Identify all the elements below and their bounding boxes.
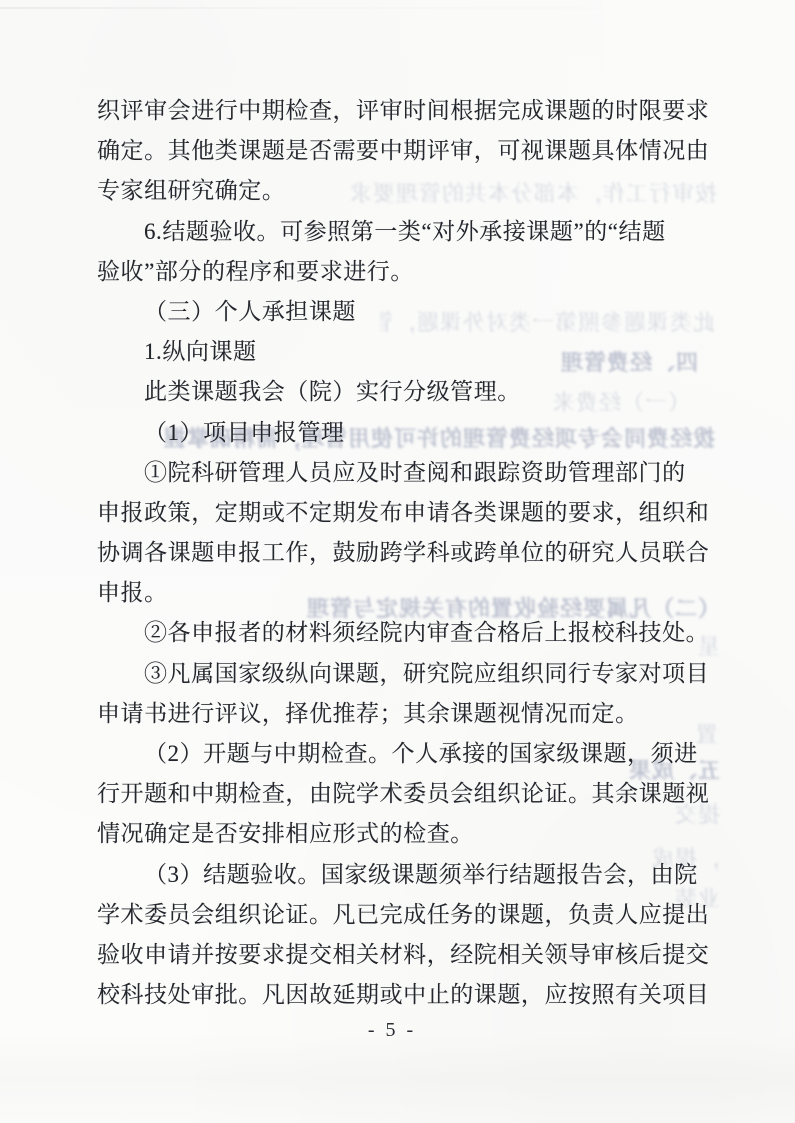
page-number: - 5 - [97,1018,687,1042]
text-line: （三）个人承担课题 [97,292,711,332]
text-line: 验收”部分的程序和要求进行。 [97,252,711,292]
text-line: 学术委员会组织论证。凡已完成任务的课题，负责人应提出 [97,895,711,935]
text-line: 协调各课题申报工作，鼓励跨学科或跨单位的研究人员联合 [97,533,711,573]
text-line: ③凡属国家级纵向课题，研究院应组织同行专家对项目 [97,654,711,694]
text-line: 确定。其他类课题是否需要中期评审，可视课题具体情况由 [97,131,711,171]
text-line: （2）开题与中期检查。个人承接的国家级课题，须进 [97,734,711,774]
text-line: 1.纵向课题 [97,332,711,372]
text-line: 校科技处审批。凡因故延期或中止的课题，应按照有关项目 [97,975,711,1015]
text-line: 情况确定是否安排相应形式的检查。 [97,814,711,854]
text-line: 6.结题验收。可参照第一类“对外承接课题”的“结题 [97,212,711,252]
text-line: 申报。 [97,573,711,613]
document-page: 按审行工作，本部分本共的管理要求此类课题参照第一类对外课题，管理四、经费管理（一… [0,0,795,1123]
text-line: 申报政策，定期或不定期发布申请各类课题的要求，组织和 [97,493,711,533]
text-line: （1）项目申报管理 [97,413,711,453]
text-line: 申请书进行评议，择优推荐；其余课题视情况而定。 [97,694,711,734]
text-line: 专家组研究确定。 [97,171,711,211]
text-line: （3）结题验收。国家级课题须举行结题报告会，由院 [97,855,711,895]
text-line: ②各申报者的材料须经院内审查合格后上报校科技处。 [97,613,711,653]
text-line: 织评审会进行中期检查，评审时间根据完成课题的时限要求 [97,91,711,131]
text-line: 此类课题我会（院）实行分级管理。 [97,372,711,412]
text-line: 行开题和中期检查，由院学术委员会组织论证。其余课题视 [97,774,711,814]
scan-edge-artifact [0,7,795,9]
text-line: 验收申请并按要求提交相关材料，经院相关领导审核后提交 [97,935,711,975]
document-text-block: 织评审会进行中期检查，评审时间根据完成课题的时限要求确定。其他类课题是否需要中期… [97,91,711,1015]
text-line: ①院科研管理人员应及时查阅和跟踪资助管理部门的 [97,453,711,493]
